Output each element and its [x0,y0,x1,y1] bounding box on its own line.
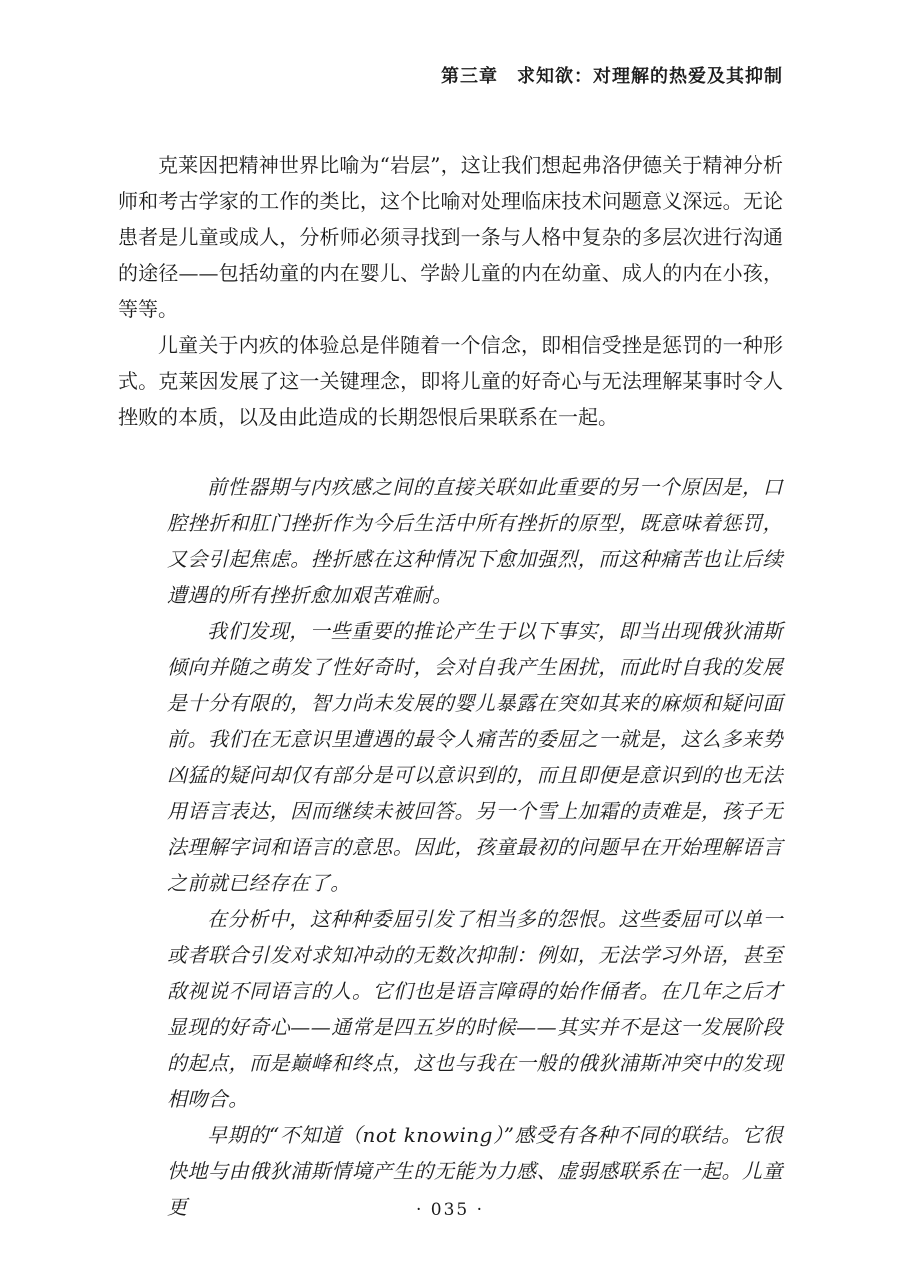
page-number: · 035 · [0,1200,900,1220]
paragraph: 儿童关于内疚的体验总是伴随着一个信念，即相信受挫是惩罚的一种形式。克莱因发展了这… [118,327,783,435]
book-page: 第三章 求知欲：对理解的热爱及其抑制 克莱因把精神世界比喻为“岩层”，这让我们想… [0,0,900,1271]
block-quote: 前性器期与内疚感之间的直接关联如此重要的另一个原因是，口腔挫折和肛门挫折作为今后… [167,469,783,1225]
quote-paragraph: 在分析中，这种种委屈引发了相当多的怨恨。这些委屈可以单一或者联合引发对求知冲动的… [167,901,783,1117]
quote-paragraph: 我们发现，一些重要的推论产生于以下事实，即当出现俄狄浦斯倾向并随之萌发了性好奇时… [167,613,783,901]
paragraph: 克莱因把精神世界比喻为“岩层”，这让我们想起弗洛伊德关于精神分析师和考古学家的工… [118,147,783,327]
quote-paragraph: 前性器期与内疚感之间的直接关联如此重要的另一个原因是，口腔挫折和肛门挫折作为今后… [167,469,783,613]
page-body-text: 克莱因把精神世界比喻为“岩层”，这让我们想起弗洛伊德关于精神分析师和考古学家的工… [118,147,783,1225]
running-header: 第三章 求知欲：对理解的热爱及其抑制 [118,62,783,88]
